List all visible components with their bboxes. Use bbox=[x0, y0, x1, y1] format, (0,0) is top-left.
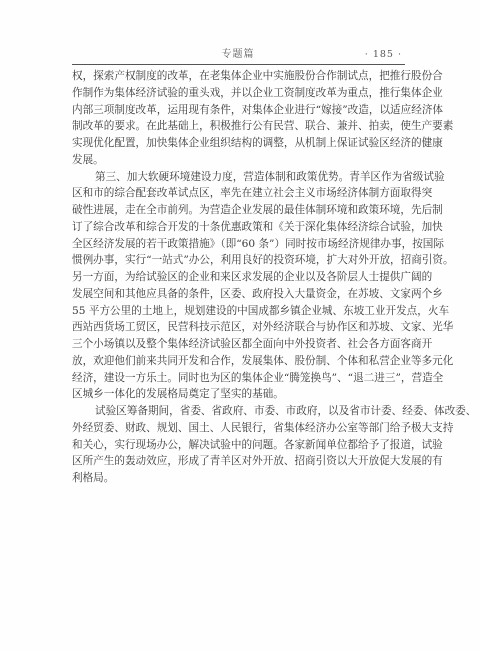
text-line: 第三、加大软硬环境建设力度，营造体制和政策优势。青羊区作为省级试验 bbox=[72, 169, 406, 186]
text-line: 西站西货场工贸区，民营科技示范区，对外经济联合与协作区和苏坡、文家、光华 bbox=[72, 319, 406, 336]
text-line: 发展空间和其他应具备的条件，区委、政府投入大量资金，在苏坡、文家两个乡 bbox=[72, 286, 406, 303]
paragraph-2: 第三、加大软硬环境建设力度，营造体制和政策优势。青羊区作为省级试验 区和市的综合… bbox=[72, 169, 406, 404]
text-line: 发展。 bbox=[72, 152, 406, 169]
header-rule bbox=[72, 64, 405, 65]
text-line: 三个小场镇以及整个集体经济试验区都全面向中外投资者、社会各方面客商开 bbox=[72, 336, 406, 353]
paragraph-3: 试验区筹备期间，省委、省政府、市委、市政府，以及省市计委、经委、体改委、 外经贸… bbox=[72, 403, 406, 487]
text-line: 订了综合改革和综合开发的十条优惠政策和《关于深化集体经济综合试验，加快 bbox=[72, 219, 406, 236]
text-line: 另一方面，为给试验区的企业和来区求发展的企业以及各阶层人士提供广阔的 bbox=[72, 269, 406, 286]
text-line: 作制作为集体经济试验的重头戏，并以企业工资制度改革为重点，推行集体企业 bbox=[72, 85, 406, 102]
text-line: 区城乡一体化的发展格局奠定了坚实的基础。 bbox=[72, 386, 406, 403]
section-title: 专题篇 bbox=[72, 47, 404, 63]
text-line: 权，探索产权制度的改革，在老集体企业中实施股份合作制试点，把推行股份合 bbox=[72, 68, 406, 85]
document-page: 专题篇 · 185 · 权，探索产权制度的改革，在老集体企业中实施股份合作制试点… bbox=[0, 0, 480, 651]
text-line: 惯例办事，实行“一站式”办公，利用良好的投资环境，扩大对外开放，招商引资。 bbox=[72, 252, 406, 269]
text-line: 利格局。 bbox=[72, 470, 406, 487]
running-header: 专题篇 · 185 · bbox=[72, 47, 404, 63]
text-line: 全区经济发展的若干政策措施》（即“60 条”）同时按市场经济规律办事，按国际 bbox=[72, 236, 406, 253]
text-line: 试验区筹备期间，省委、省政府、市委、市政府，以及省市计委、经委、体改委、 bbox=[72, 403, 406, 420]
text-line: 破性进展，走在全市前列。为营造企业发展的最佳体制环境和政策环境，先后制 bbox=[72, 202, 406, 219]
text-line: 经济，建设一方乐土。同时也为区的集体企业“腾笼换鸟”、“退二进三”，营造全 bbox=[72, 370, 406, 387]
body-text: 权，探索产权制度的改革，在老集体企业中实施股份合作制试点，把推行股份合 作制作为… bbox=[72, 68, 406, 487]
text-line: 放，欢迎他们前来共同开发和合作，发展集体、股份制、个体和私营企业等多元化 bbox=[72, 353, 406, 370]
text-line: 和关心，实行现场办公，解决试验中的问题。各家新闻单位都给予了报道，试验 bbox=[72, 437, 406, 454]
text-line: 制改革的要求。在此基础上，积极推行公有民营、联合、兼并、拍卖，使生产要素 bbox=[72, 118, 406, 135]
text-line: 实现优化配置，加快集体企业组织结构的调整，从机制上保证试验区经济的健康 bbox=[72, 135, 406, 152]
text-line: 区所产生的轰动效应，形成了青羊区对外开放、招商引资以大开放促大发展的有 bbox=[72, 453, 406, 470]
text-line: 外经贸委、财政、规划、国土、人民银行，省集体经济办公室等部门给予极大支持 bbox=[72, 420, 406, 437]
text-line: 内部三项制度改革，运用现有条件，对集体企业进行“嫁接”改造，以适应经济体 bbox=[72, 102, 406, 119]
page-number: · 185 · bbox=[365, 47, 402, 63]
paragraph-1: 权，探索产权制度的改革，在老集体企业中实施股份合作制试点，把推行股份合 作制作为… bbox=[72, 68, 406, 169]
text-line: 区和市的综合配套改革试点区，率先在建立社会主义市场经济体制方面取得突 bbox=[72, 185, 406, 202]
text-line: 55 平方公里的土地上，规划建设的中国成都乡镇企业城、东坡工业开发点，火车 bbox=[72, 303, 406, 320]
